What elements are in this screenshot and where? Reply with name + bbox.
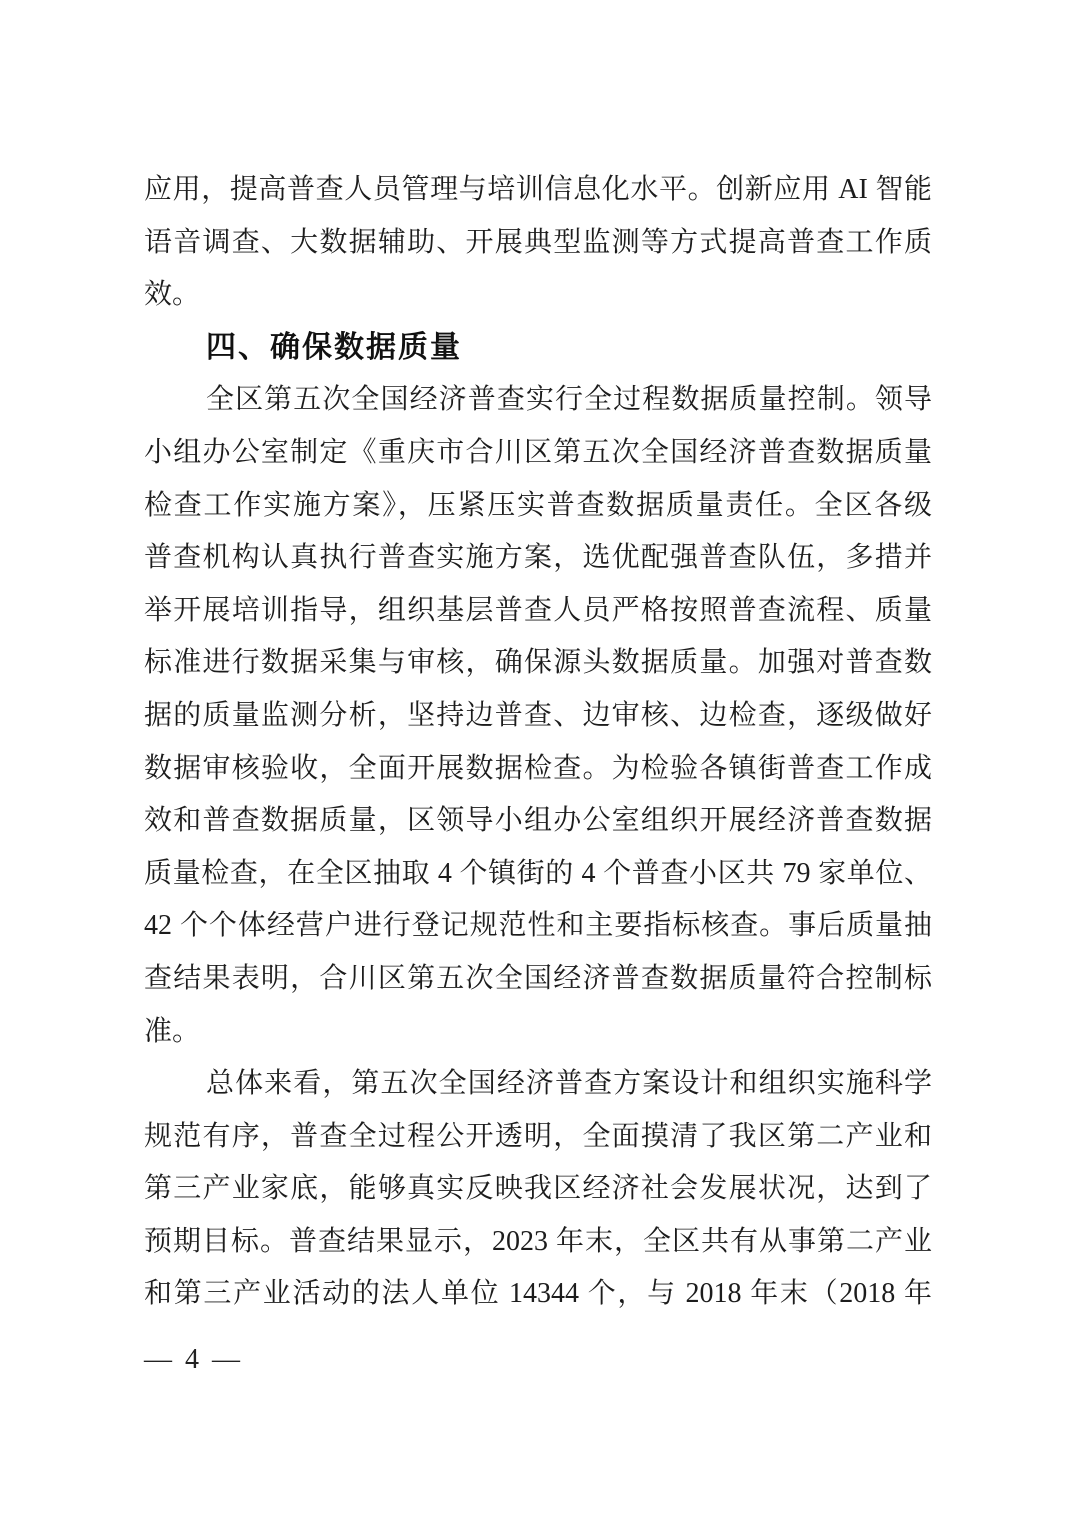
document-body: 应用，提高普查人员管理与培训信息化水平。创新应用 AI 智能 语音调查、大数据辅… bbox=[144, 164, 932, 1321]
paragraph-line: 数据审核验收，全面开展数据检查。为检验各镇街普查工作成 bbox=[144, 743, 932, 796]
document-page: 应用，提高普查人员管理与培训信息化水平。创新应用 AI 智能 语音调查、大数据辅… bbox=[0, 0, 1074, 1520]
paragraph-line: 检查工作实施方案》，压紧压实普查数据质量责任。全区各级 bbox=[144, 480, 932, 533]
paragraph-line: 标准进行数据采集与审核，确保源头数据质量。加强对普查数 bbox=[144, 637, 932, 690]
paragraph-line: 42 个个体经营户进行登记规范性和主要指标核查。事后质量抽 bbox=[144, 900, 932, 953]
paragraph-line: 规范有序，普查全过程公开透明，全面摸清了我区第二产业和 bbox=[144, 1111, 932, 1164]
paragraph-line: 据的质量监测分析，坚持边普查、边审核、边检查，逐级做好 bbox=[144, 690, 932, 743]
paragraph-line: 应用，提高普查人员管理与培训信息化水平。创新应用 AI 智能 bbox=[144, 164, 932, 217]
paragraph-line: 语音调查、大数据辅助、开展典型监测等方式提高普查工作质 bbox=[144, 217, 932, 270]
paragraph-line: 质量检查，在全区抽取 4 个镇街的 4 个普查小区共 79 家单位、 bbox=[144, 848, 932, 901]
paragraph-line: 效和普查数据质量，区领导小组办公室组织开展经济普查数据 bbox=[144, 795, 932, 848]
paragraph-line: 准。 bbox=[144, 1006, 932, 1059]
paragraph-line: 和第三产业活动的法人单位 14344 个，与 2018 年末（2018 年 bbox=[144, 1268, 932, 1321]
paragraph-line: 查结果表明，合川区第五次全国经济普查数据质量符合控制标 bbox=[144, 953, 932, 1006]
paragraph-line: 全区第五次全国经济普查实行全过程数据质量控制。领导 bbox=[144, 374, 932, 427]
paragraph-line: 举开展培训指导，组织基层普查人员严格按照普查流程、质量 bbox=[144, 585, 932, 638]
page-number: — 4 — bbox=[144, 1340, 243, 1380]
paragraph-line: 第三产业家底，能够真实反映我区经济社会发展状况，达到了 bbox=[144, 1163, 932, 1216]
section-heading: 四、确保数据质量 bbox=[144, 322, 932, 375]
paragraph-line: 普查机构认真执行普查实施方案，选优配强普查队伍，多措并 bbox=[144, 532, 932, 585]
paragraph-line: 小组办公室制定《重庆市合川区第五次全国经济普查数据质量 bbox=[144, 427, 932, 480]
paragraph-line: 预期目标。普查结果显示，2023 年末，全区共有从事第二产业 bbox=[144, 1216, 932, 1269]
paragraph-line: 总体来看，第五次全国经济普查方案设计和组织实施科学 bbox=[144, 1058, 932, 1111]
paragraph-line: 效。 bbox=[144, 269, 932, 322]
